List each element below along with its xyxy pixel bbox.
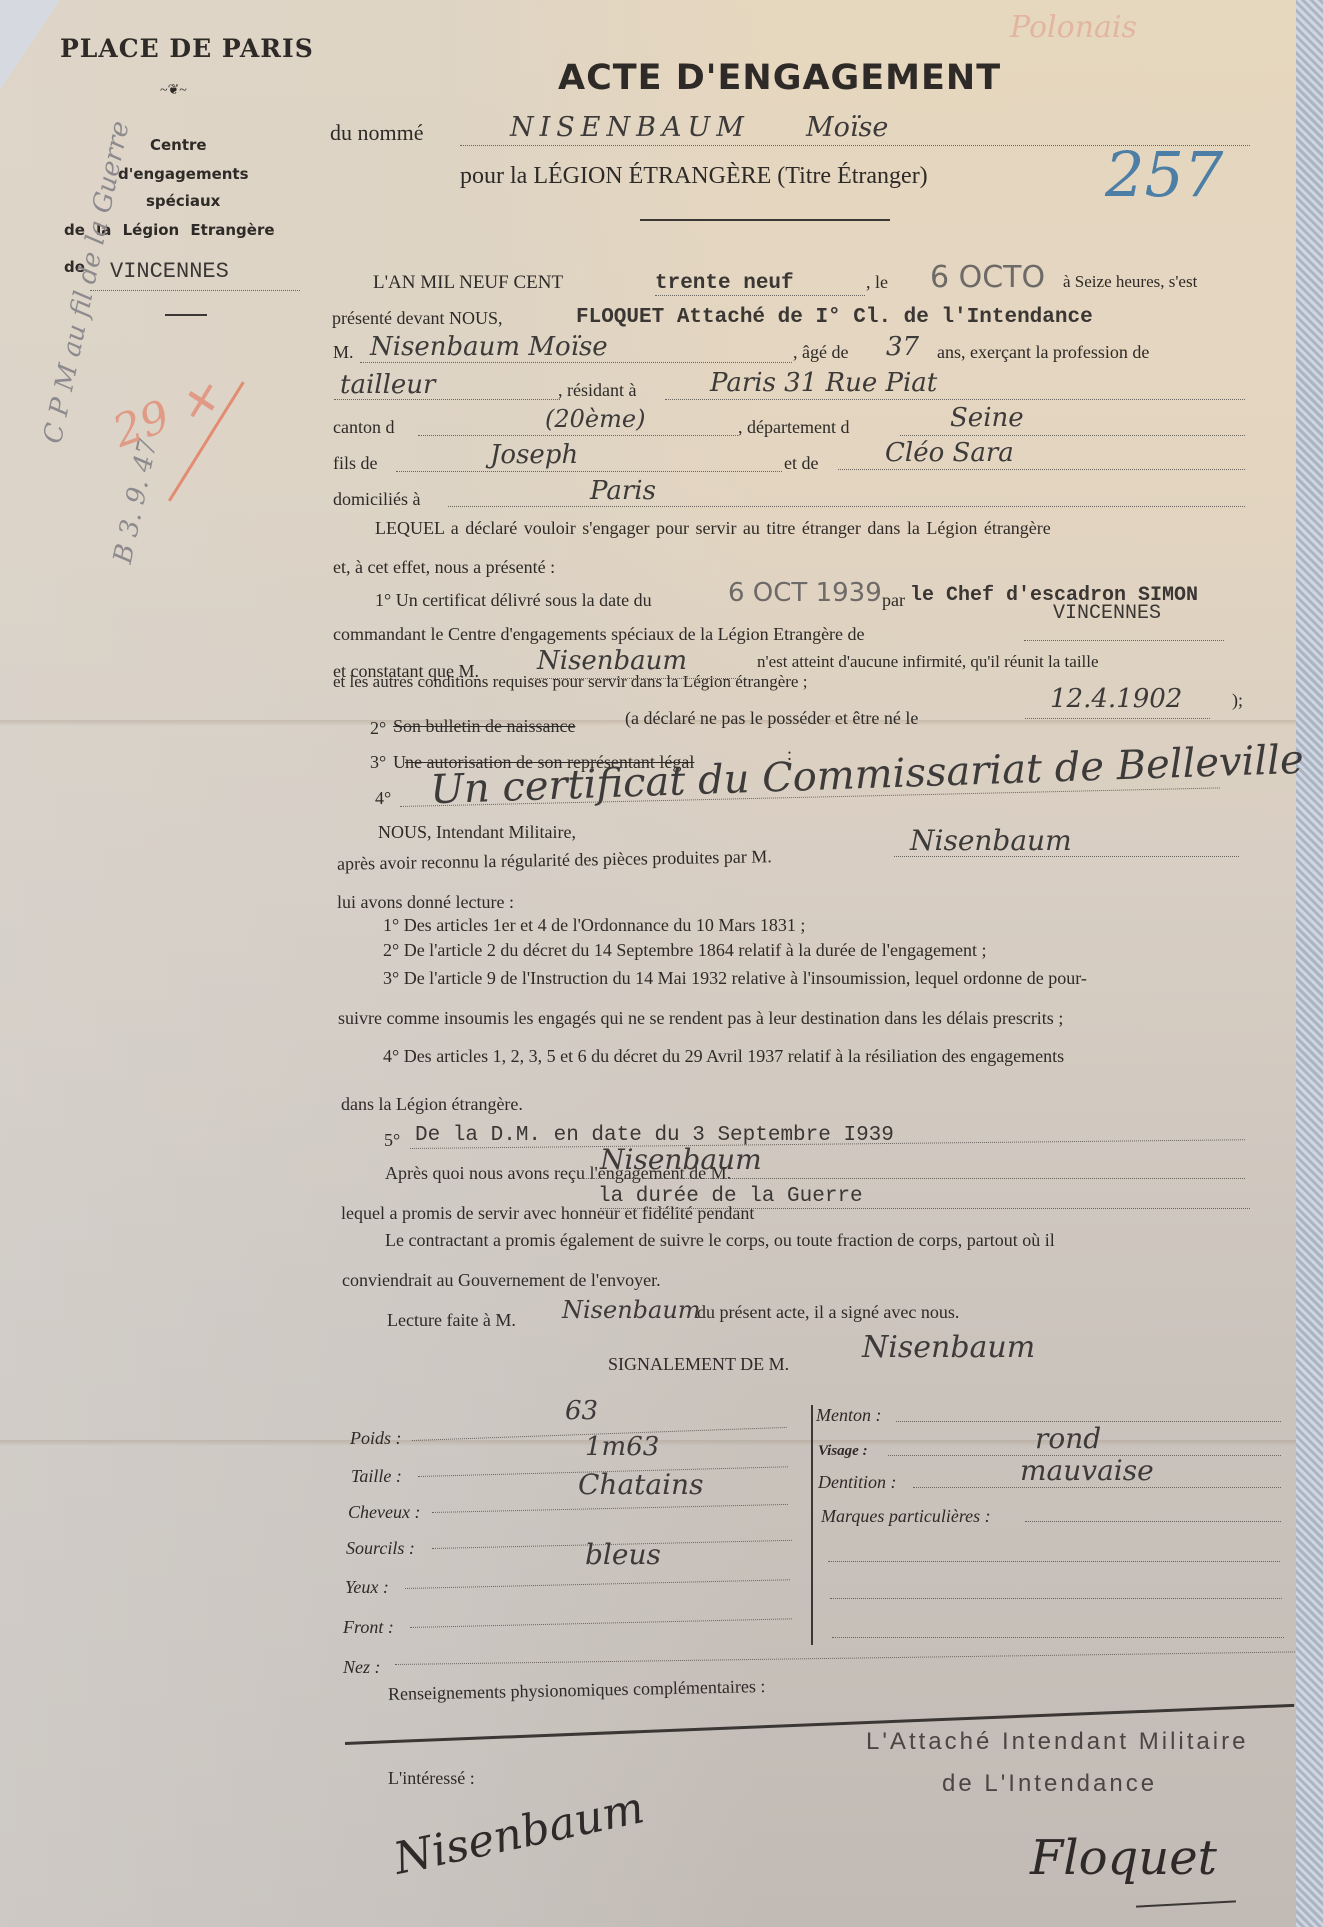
centre-line-2: d'engagements [118, 165, 249, 183]
birth-date: 12.4.1902 [1050, 684, 1182, 714]
pencil-note-polonais: Polonais [1010, 10, 1137, 45]
le-label: , le [866, 272, 888, 293]
field-nez-label: Nez : [343, 1657, 381, 1678]
article-4: 4° Des articles 1, 2, 3, 5 et 6 du décre… [383, 1046, 1064, 1067]
father-name: Joseph [490, 440, 578, 470]
field-poids-value: 63 [565, 1396, 598, 1426]
signalement-column-divider [811, 1405, 813, 1645]
dotted-line [830, 1598, 1282, 1599]
departement-value: Seine [950, 403, 1024, 433]
item4-num: 4° [375, 788, 391, 809]
du-nomme-label: du nommé [330, 120, 424, 146]
item1-text: 1° Un certificat délivré sous la date du [375, 590, 652, 611]
dotted-line [1025, 718, 1210, 719]
field-dentition-label: Dentition : [818, 1472, 897, 1493]
field-taille-label: Taille : [351, 1466, 402, 1487]
document-title: ACTE D'ENGAGEMENT [558, 58, 1001, 98]
contractant-line-1: Le contractant a promis également de sui… [385, 1230, 1055, 1251]
dotted-line [580, 1178, 1245, 1179]
item2-struck: Son bulletin de naissance [393, 716, 575, 737]
background-surface [1293, 0, 1323, 1927]
contractant-line-2: conviendrait au Gouvernement de l'envoye… [342, 1270, 661, 1291]
apres-name: Nisenbaum [910, 824, 1072, 857]
item1-date-stamp: 6 OCT 1939 [728, 578, 882, 608]
official-title-line-2: de L'Intendance [942, 1770, 1157, 1798]
centre-line-1: Centre [150, 136, 207, 154]
lecture-label: lui avons donné lecture : [337, 892, 514, 913]
fils-label: fils de [333, 453, 378, 474]
signalement-name: Nisenbaum [862, 1330, 1035, 1365]
place-heading: PLACE DE PARIS [60, 34, 314, 63]
official-title-line-1: L'Attaché Intendant Militaire [866, 1728, 1248, 1756]
field-visage-value: rond [1035, 1422, 1101, 1455]
promis-value: la durée de la Guerre [598, 1185, 863, 1208]
dotted-line [1025, 1521, 1281, 1522]
dotted-line [448, 506, 1245, 507]
field-sourcils-label: Sourcils : [346, 1538, 415, 1559]
item2-end: ); [1232, 690, 1243, 711]
dotted-line [900, 435, 1245, 436]
resident-value: Paris 31 Rue Piat [710, 368, 937, 398]
profession-label: ans, exerçant la profession de [937, 342, 1149, 363]
dotted-line [832, 1637, 1284, 1638]
official-name: FLOQUET Attaché de I° Cl. de l'Intendanc… [576, 306, 1093, 329]
item3-num: 3° [370, 752, 386, 773]
dotted-line [90, 290, 300, 291]
centre-location: VINCENNES [110, 259, 229, 284]
hour-text: à Seize heures, s'est [1063, 272, 1197, 292]
dotted-line [600, 1208, 1250, 1209]
age-value: 37 [886, 332, 919, 362]
dotted-line [913, 1487, 1281, 1488]
article-2: 2° De l'article 2 du décret du 14 Septem… [383, 940, 986, 961]
apres-quoi-name: Nisenbaum [600, 1143, 762, 1176]
mother-name: Cléo Sara [885, 438, 1014, 468]
field-taille-value: 1m63 [585, 1432, 659, 1462]
age-label: , âgé de [793, 342, 848, 363]
lequel-line-2: et, à cet effet, nous a présenté : [333, 557, 555, 578]
item1-conditions: et les autres conditions requises pour s… [333, 672, 807, 692]
item2-text: (a déclaré ne pas le posséder et être né… [625, 708, 918, 729]
m-label: M. [333, 342, 354, 363]
presente-label: présenté devant NOUS, [332, 308, 502, 329]
domicile-value: Paris [590, 476, 656, 506]
dotted-line [828, 1561, 1280, 1562]
lecture-faite-end: du présent acte, il a signé avec nous. [697, 1302, 959, 1323]
field-cheveux-value: Chatains [578, 1468, 703, 1501]
field-menton-label: Menton : [816, 1405, 881, 1426]
item1-location: VINCENNES [1053, 602, 1161, 625]
item2-num: 2° [370, 718, 386, 739]
centre-line-3: spéciaux [146, 192, 220, 210]
article-1: 1° Des articles 1er et 4 de l'Ordonnance… [383, 915, 805, 936]
lecture-faite-label: Lecture faite à M. [387, 1310, 516, 1331]
divider [165, 314, 207, 316]
dotted-line [418, 435, 738, 436]
et-de-label: et de [784, 453, 818, 474]
domicile-label: domiciliés à [333, 489, 420, 510]
item5-num: 5° [384, 1130, 400, 1151]
field-visage-label: Visage : [818, 1443, 868, 1460]
dotted-line [396, 471, 782, 472]
dotted-line [665, 399, 1245, 400]
field-cheveux-label: Cheveux : [348, 1502, 420, 1523]
dotted-line [360, 362, 792, 363]
field-poids-label: Poids : [350, 1428, 402, 1449]
field-front-label: Front : [343, 1617, 394, 1638]
departement-label: , département d [738, 417, 849, 438]
name-surname: NISENBAUM [510, 112, 750, 143]
item1-infirmite: n'est atteint d'aucune infirmité, qu'il … [757, 652, 1099, 672]
lecture-faite-name: Nisenbaum [562, 1296, 701, 1324]
resident-label: , résidant à [558, 380, 636, 401]
file-number: 257 [1105, 138, 1223, 211]
title-divider [640, 219, 890, 221]
ornament-icon: ~❦~ [160, 82, 187, 99]
signalement-title: SIGNALEMENT DE M. [608, 1354, 789, 1375]
interesse-label: L'intéressé : [388, 1768, 475, 1789]
nous-intendant: NOUS, Intendant Militaire, [378, 822, 576, 843]
subtitle: pour la LÉGION ÉTRANGÈRE (Titre Étranger… [460, 163, 928, 190]
profession-value: tailleur [340, 370, 435, 400]
item1-commandant: commandant le Centre d'engagements spéci… [333, 624, 865, 645]
person-name: Nisenbaum Moïse [370, 332, 608, 362]
official-signature: Floquet [1030, 1830, 1217, 1886]
year-value: trente neuf [655, 272, 794, 295]
name-given: Moïse [806, 112, 888, 143]
folded-corner [0, 0, 60, 90]
field-marques-label: Marques particulières : [821, 1506, 991, 1527]
date-stamp: 6 OCTO [930, 260, 1045, 295]
article-3: 3° De l'article 9 de l'Instruction du 14… [383, 968, 1087, 989]
article-3-cont: suivre comme insoumis les engagés qui ne… [338, 1008, 1063, 1029]
lequel-line-1: LEQUEL a déclaré vouloir s'engager pour … [375, 518, 1051, 539]
dotted-line [655, 295, 865, 296]
year-label: L'AN MIL NEUF CENT [373, 272, 563, 294]
canton-value: (20ème) [545, 405, 645, 433]
field-yeux-label: Yeux : [345, 1577, 389, 1598]
dotted-line [1024, 640, 1224, 641]
article-4-cont: dans la Légion étrangère. [341, 1094, 523, 1115]
dotted-line [838, 469, 1245, 470]
canton-label: canton d [333, 417, 394, 438]
item1-par: par [882, 590, 905, 611]
field-dentition-value: mauvaise [1020, 1454, 1154, 1487]
field-yeux-value: bleus [585, 1538, 661, 1571]
